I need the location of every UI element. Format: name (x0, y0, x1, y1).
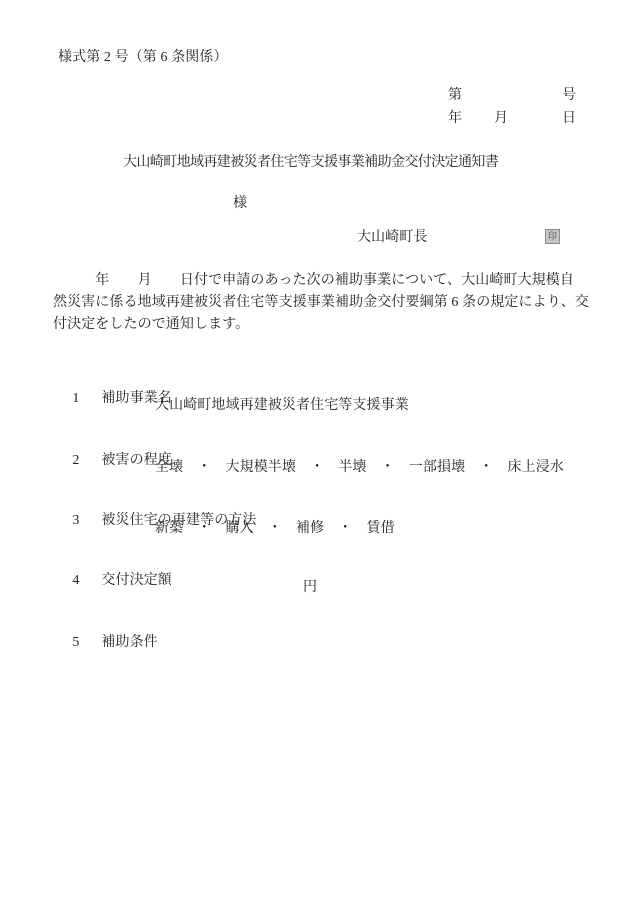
item-1-number: 1 (72, 391, 101, 406)
document-page: 様式第 2 号（第 6 条関係） 第 号 年 月 日 大山崎町地域再建被災者住宅… (0, 0, 630, 915)
recipient-honorific: 様 (233, 196, 247, 211)
document-title: 大山崎町地域再建被災者住宅等支援事業補助金交付決定通知書 (123, 155, 498, 170)
item-2-number: 2 (72, 453, 101, 468)
body-paragraph-line-1: 年 月 日付で申請のあった次の補助事業について、大山崎町大規模自 (53, 273, 574, 288)
item-4-label: 交付決定額 (101, 573, 172, 588)
doc-number-suffix: 号 (562, 88, 576, 103)
date-year-label: 年 (448, 111, 462, 126)
seal-stamp-icon: 印 (545, 229, 560, 244)
issuer-title: 大山崎町長 (357, 230, 428, 245)
item-4-value: 円 (303, 580, 317, 595)
date-day-label: 日 (562, 111, 576, 126)
item-4-number: 4 (72, 573, 101, 588)
doc-number-prefix: 第 (448, 88, 462, 103)
body-paragraph-line-3: 付決定をしたので通知します。 (53, 317, 249, 332)
form-number-label: 様式第 2 号（第 6 条関係） (58, 50, 228, 65)
body-paragraph-line-2: 然災害に係る地域再建被災者住宅等支援事業補助金交付要綱第 6 条の規定により、交 (53, 295, 589, 310)
item-5-label: 補助条件 (101, 635, 157, 650)
item-4-heading: 4交付決定額 (58, 558, 172, 603)
date-month-label: 月 (494, 111, 508, 126)
item-5-heading: 5補助条件 (58, 620, 158, 665)
item-3-value: 新築 ・ 購入 ・ 補修 ・ 賃借 (155, 521, 395, 536)
item-1-value: 大山崎町地域再建被災者住宅等支援事業 (155, 398, 409, 413)
item-2-value: 全壊 ・ 大規模半壊 ・ 半壊 ・ 一部損壊 ・ 床上浸水 (155, 460, 564, 475)
item-5-number: 5 (72, 635, 101, 650)
seal-character: 印 (548, 232, 557, 241)
item-3-number: 3 (72, 513, 101, 528)
